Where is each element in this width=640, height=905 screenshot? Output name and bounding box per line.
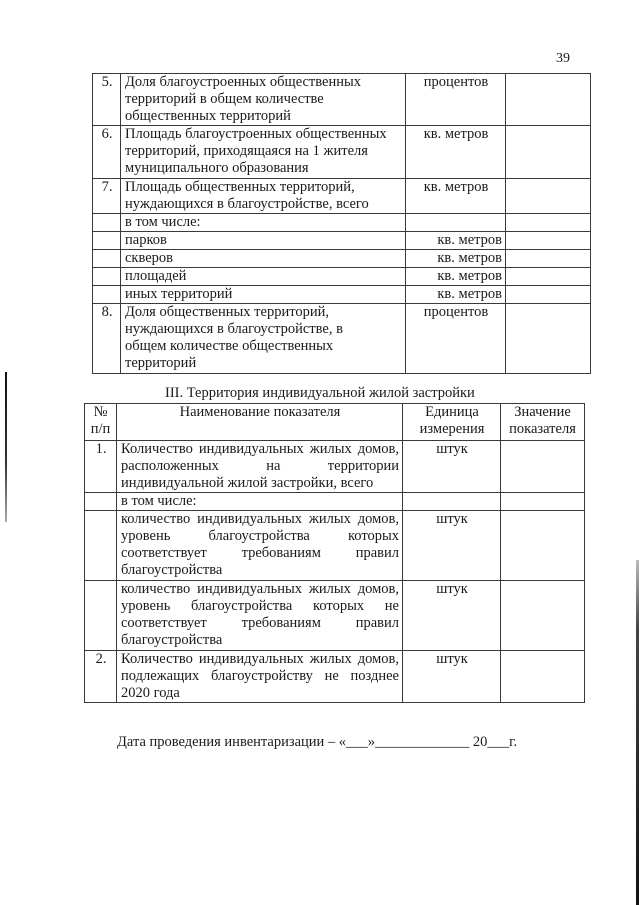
unit-cell: кв. метров xyxy=(406,179,506,214)
value-cell[interactable] xyxy=(506,126,591,179)
inventory-date-line: Дата проведения инвентаризации – «___»__… xyxy=(117,734,517,751)
value-cell[interactable] xyxy=(501,441,585,493)
table-row: иных территорий кв. метров xyxy=(93,286,591,304)
value-cell[interactable] xyxy=(506,232,591,250)
unit-cell: кв. метров xyxy=(406,286,506,304)
table-row: 7. Площадь общественных территорий, нужд… xyxy=(93,179,591,214)
value-cell[interactable] xyxy=(501,493,585,511)
row-number xyxy=(93,286,121,304)
value-cell[interactable] xyxy=(501,651,585,703)
unit-cell: кв. метров xyxy=(406,126,506,179)
indicator-name: скверов xyxy=(121,250,406,268)
row-number: 5. xyxy=(93,74,121,126)
scan-artifact-right xyxy=(636,560,639,905)
row-number: 2. xyxy=(85,651,117,703)
indicator-name: в том числе: xyxy=(117,493,403,511)
row-number xyxy=(93,214,121,232)
unit-cell xyxy=(403,493,501,511)
indicator-name: Площадь общественных территорий, нуждающ… xyxy=(121,179,406,214)
page-number: 39 xyxy=(556,51,570,67)
header-value: Значение показателя xyxy=(501,404,585,441)
indicator-name: Доля благоустроенных общественных террит… xyxy=(121,74,406,126)
row-number xyxy=(85,511,117,581)
indicator-name: Доля общественных территорий, нуждающихс… xyxy=(121,304,406,374)
row-number xyxy=(93,232,121,250)
table-row: 6. Площадь благоустроенных общественных … xyxy=(93,126,591,179)
unit-cell: кв. метров xyxy=(406,232,506,250)
unit-cell xyxy=(406,214,506,232)
row-number: 8. xyxy=(93,304,121,374)
indicator-name: Количество индивидуальных жилых домов, п… xyxy=(117,651,403,703)
scan-artifact-left xyxy=(5,372,7,522)
value-cell[interactable] xyxy=(506,304,591,374)
header-num: № п/п xyxy=(85,404,117,441)
value-cell[interactable] xyxy=(506,286,591,304)
public-territories-table: 5. Доля благоустроенных общественных тер… xyxy=(92,73,591,374)
header-unit: Единица измерения xyxy=(403,404,501,441)
section-title: III. Территория индивидуальной жилой зас… xyxy=(165,385,475,402)
indicator-name: Количество индивидуальных жилых домов, р… xyxy=(117,441,403,493)
indicator-name: иных территорий xyxy=(121,286,406,304)
unit-cell: штук xyxy=(403,651,501,703)
value-cell[interactable] xyxy=(506,250,591,268)
table-row: количество индивидуальных жилых домов, у… xyxy=(85,581,585,651)
table-row: 8. Доля общественных территорий, нуждающ… xyxy=(93,304,591,374)
unit-cell: кв. метров xyxy=(406,268,506,286)
table-row: 1. Количество индивидуальных жилых домов… xyxy=(85,441,585,493)
indicator-name: площадей xyxy=(121,268,406,286)
table-row: 2. Количество индивидуальных жилых домов… xyxy=(85,651,585,703)
table-row: количество индивидуальных жилых домов, у… xyxy=(85,511,585,581)
value-cell[interactable] xyxy=(506,179,591,214)
unit-cell: штук xyxy=(403,511,501,581)
unit-cell: штук xyxy=(403,581,501,651)
row-number xyxy=(93,250,121,268)
indicator-name: в том числе: xyxy=(121,214,406,232)
unit-cell: процентов xyxy=(406,304,506,374)
value-cell[interactable] xyxy=(501,511,585,581)
table-header-row: № п/п Наименование показателя Единица из… xyxy=(85,404,585,441)
row-number xyxy=(93,268,121,286)
unit-cell: процентов xyxy=(406,74,506,126)
table-row: парков кв. метров xyxy=(93,232,591,250)
indicator-name: количество индивидуальных жилых домов, у… xyxy=(117,511,403,581)
table-row: в том числе: xyxy=(93,214,591,232)
value-cell[interactable] xyxy=(501,581,585,651)
table-row: скверов кв. метров xyxy=(93,250,591,268)
table-row: 5. Доля благоустроенных общественных тер… xyxy=(93,74,591,126)
table-row: в том числе: xyxy=(85,493,585,511)
row-number xyxy=(85,493,117,511)
individual-housing-table: № п/п Наименование показателя Единица из… xyxy=(84,403,585,703)
row-number: 1. xyxy=(85,441,117,493)
row-number: 6. xyxy=(93,126,121,179)
value-cell[interactable] xyxy=(506,268,591,286)
row-number: 7. xyxy=(93,179,121,214)
unit-cell: штук xyxy=(403,441,501,493)
indicator-name: Площадь благоустроенных общественных тер… xyxy=(121,126,406,179)
value-cell[interactable] xyxy=(506,214,591,232)
indicator-name: количество индивидуальных жилых домов, у… xyxy=(117,581,403,651)
value-cell[interactable] xyxy=(506,74,591,126)
row-number xyxy=(85,581,117,651)
indicator-name: парков xyxy=(121,232,406,250)
table-row: площадей кв. метров xyxy=(93,268,591,286)
unit-cell: кв. метров xyxy=(406,250,506,268)
header-name: Наименование показателя xyxy=(117,404,403,441)
